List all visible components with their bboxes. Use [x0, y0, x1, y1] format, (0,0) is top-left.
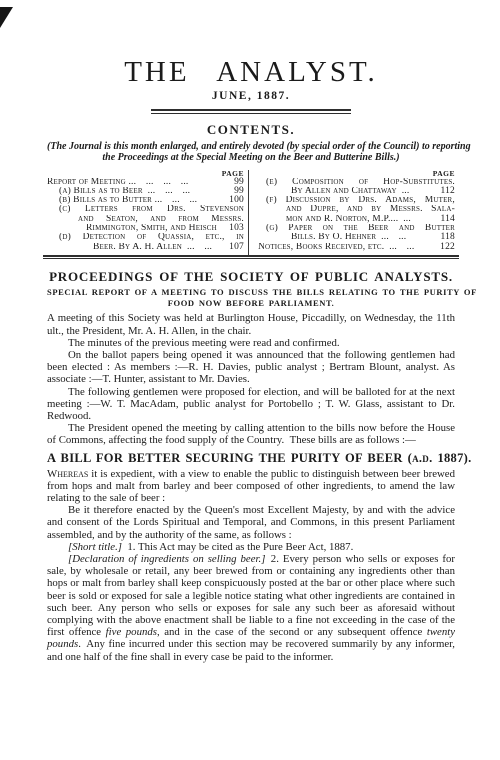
toc-page-number: 122 — [437, 243, 455, 252]
italic-text: [Declaration of ingredients on selling b… — [68, 553, 265, 565]
article-subheading-line2: FOOD NOW BEFORE PARLIAMENT. — [47, 298, 455, 309]
toc-entry-text: (d) Detection of Quassia, etc., in — [59, 233, 244, 242]
toc-entry-text: Rimmington, Smith, and Heisch — [86, 224, 217, 233]
toc-entry-text: (c) Letters from Drs. Stevenson — [59, 205, 244, 214]
toc-entry-text: (g) Paper on the Beer and Butter — [266, 224, 455, 233]
column-divider-rule — [248, 170, 249, 255]
paragraph: The following gentlemen were proposed fo… — [47, 386, 455, 423]
contents-note-line1: (The Journal is this month enlarged, and… — [47, 141, 455, 153]
text-run: Be it therefore enacted by the Queen's m… — [47, 504, 455, 540]
meeting-report-text: A meeting of this Society was held at Bu… — [47, 312, 455, 446]
double-rule-short — [151, 109, 351, 114]
toc-entry-line: mon and R. Norton, M.P.... ...114 — [258, 215, 455, 224]
toc-entry-text: Bills. By O. Hehner ... ... — [291, 233, 406, 242]
toc-entry-text: and Dupre, and by Messrs. Sala- — [286, 205, 455, 214]
toc-page-number: 103 — [226, 224, 244, 233]
bill-heading: A BILL FOR BETTER SECURING THE PURITY OF… — [47, 451, 455, 465]
toc-entry-text: and Seaton, and from Messrs. — [78, 215, 244, 224]
toc-entry-line: By Allen and Chattaway ...112 — [258, 187, 455, 196]
article-subheading-line1: SPECIAL REPORT OF A MEETING TO DISCUSS T… — [47, 287, 455, 298]
paragraph: [Short title.] 1. This Act may be cited … — [47, 541, 455, 553]
text-run: 1887). — [433, 451, 472, 465]
text-run: On the ballot papers being opened it was… — [47, 349, 455, 385]
article-heading: PROCEEDINGS OF THE SOCIETY OF PUBLIC ANA… — [47, 269, 455, 284]
article-subheading: SPECIAL REPORT OF A MEETING TO DISCUSS T… — [47, 287, 455, 309]
small-caps-text: Whereas — [47, 468, 88, 480]
text-run: The following gentlemen were proposed fo… — [47, 386, 455, 422]
italic-text: [Short title.] — [68, 541, 122, 553]
toc-entry-line: (c) Letters from Drs. Stevenson — [47, 205, 244, 214]
toc-page-number: 107 — [226, 243, 244, 252]
toc-entry-text: mon and R. Norton, M.P.... ... — [286, 215, 411, 224]
toc-entry-text: Notices, Books Received, etc. ... ... — [258, 243, 414, 252]
toc-entry-text: Beer. By A. H. Allen ... ... — [93, 243, 212, 252]
paragraph: Whereas it is expedient, with a view to … — [47, 468, 455, 505]
table-of-contents: PAGE Report of Meeting ... ... ... ...99… — [47, 169, 455, 252]
contents-column-right: PAGE (e) Composition of Hop-Substitutes.… — [258, 169, 455, 252]
text-run: 1. This Act may be cited as the Pure Bee… — [122, 541, 353, 553]
scan-corner-artifact — [0, 7, 13, 28]
toc-entry-line: and Seaton, and from Messrs. — [47, 215, 244, 224]
toc-entry-text: (a) Bills as to Beer ... ... ... — [59, 187, 190, 196]
toc-entry-line: (d) Detection of Quassia, etc., in — [47, 233, 244, 242]
page-column-label: PAGE — [47, 169, 244, 178]
toc-entry-line: Beer. By A. H. Allen ... ...107 — [47, 243, 244, 252]
double-rule-long — [43, 255, 459, 260]
toc-entry-text: (b) Bills as to Butter ... ... ... — [59, 196, 197, 205]
italic-text: five pounds — [106, 626, 157, 638]
toc-entry-line: (g) Paper on the Beer and Butter — [258, 224, 455, 233]
toc-entry-line: (a) Bills as to Beer ... ... ...99 — [47, 187, 244, 196]
paragraph: A meeting of this Society was held at Bu… — [47, 312, 455, 336]
small-caps-text: a.d. — [412, 451, 432, 465]
journal-title: THE ANALYST. — [47, 57, 455, 87]
text-run: A meeting of this Society was held at Bu… — [47, 312, 455, 336]
text-run: , and in the case of the second or any s… — [157, 626, 427, 638]
toc-page-number: 114 — [438, 215, 456, 224]
bill-text: Whereas it is expedient, with a view to … — [47, 468, 455, 663]
paragraph: The minutes of the previous meeting were… — [47, 337, 455, 349]
toc-entry-line: Notices, Books Received, etc. ... ...122 — [258, 243, 455, 252]
text-run: it is expedient, with a view to enable t… — [47, 468, 455, 504]
contents-note-line2: the Proceedings at the Special Meeting o… — [47, 152, 455, 164]
contents-entries-right: (e) Composition of Hop-Substitutes.By Al… — [258, 178, 455, 252]
toc-entry-line: Rimmington, Smith, and Heisch103 — [47, 224, 244, 233]
toc-entry-line: and Dupre, and by Messrs. Sala- — [258, 205, 455, 214]
paragraph: Be it therefore enacted by the Queen's m… — [47, 504, 455, 541]
text-run: The minutes of the previous meeting were… — [68, 337, 340, 349]
contents-note: (The Journal is this month enlarged, and… — [47, 141, 455, 164]
text-run: . Any fine incurred under this section m… — [47, 638, 455, 662]
paragraph: [Declaration of ingredients on selling b… — [47, 553, 455, 663]
contents-entries-left: Report of Meeting ... ... ... ...99(a) B… — [47, 178, 244, 252]
toc-entry-text: By Allen and Chattaway ... — [291, 187, 409, 196]
toc-entry-line: (b) Bills as to Butter ... ... ...100 — [47, 196, 244, 205]
page-column-label: PAGE — [258, 169, 455, 178]
toc-entry-line: Bills. By O. Hehner ... ...118 — [258, 233, 455, 242]
toc-entry-text: Report of Meeting ... ... ... ... — [47, 178, 188, 187]
paragraph: The President opened the meeting by call… — [47, 422, 455, 446]
text-run: The President opened the meeting by call… — [47, 422, 455, 446]
paragraph: On the ballot papers being opened it was… — [47, 349, 455, 386]
issue-date: JUNE, 1887. — [47, 89, 455, 104]
journal-page: THE ANALYST. JUNE, 1887. CONTENTS. (The … — [0, 0, 500, 760]
toc-page-number: 112 — [438, 187, 456, 196]
toc-entry-line: (e) Composition of Hop-Substitutes. — [258, 178, 455, 187]
text-run: A BILL FOR BETTER SECURING THE PURITY OF… — [47, 451, 412, 465]
contents-column-left: PAGE Report of Meeting ... ... ... ...99… — [47, 169, 244, 252]
toc-entry-line: (f) Discussion by Drs. Adams, Muter, — [258, 196, 455, 205]
toc-page-number: 100 — [226, 196, 244, 205]
toc-entry-text: (f) Discussion by Drs. Adams, Muter, — [266, 196, 455, 205]
page-content: THE ANALYST. JUNE, 1887. CONTENTS. (The … — [0, 57, 500, 663]
contents-heading: CONTENTS. — [47, 122, 455, 137]
toc-entry-line: Report of Meeting ... ... ... ...99 — [47, 178, 244, 187]
toc-entry-text: (e) Composition of Hop-Substitutes. — [266, 178, 455, 187]
